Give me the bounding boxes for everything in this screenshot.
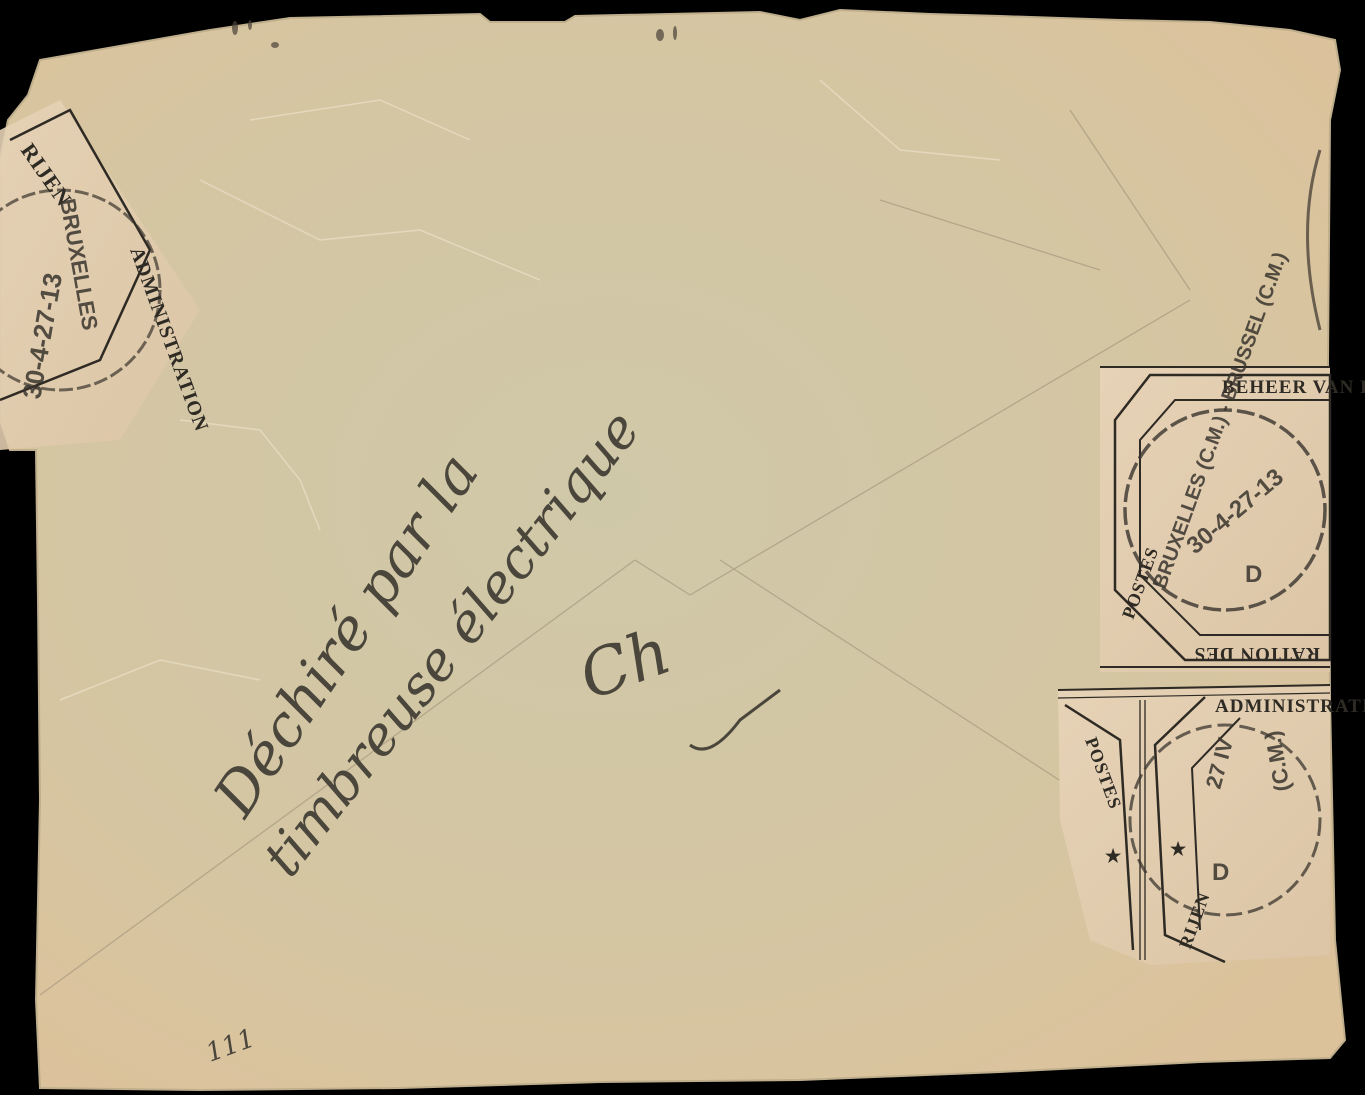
right-bottom-label-top-text: ADMINISTRATION (1215, 696, 1365, 717)
right-top-label-bottom-text: RATION DES (1194, 643, 1320, 664)
right-top-postmark-letter: D (1245, 561, 1262, 588)
right-bottom-sealing-label: ADMINISTRATION POSTES ★ ★ RIJEN (C.M.) 2… (1058, 685, 1365, 965)
right-bottom-label-star: ★ (1170, 839, 1187, 859)
right-bottom-postmark-letter: D (1212, 859, 1229, 886)
right-bottom-label-star-2: ★ (1105, 846, 1122, 866)
envelope-scene: Déchiré par la timbreuse électrique Ch 1… (0, 0, 1365, 1095)
